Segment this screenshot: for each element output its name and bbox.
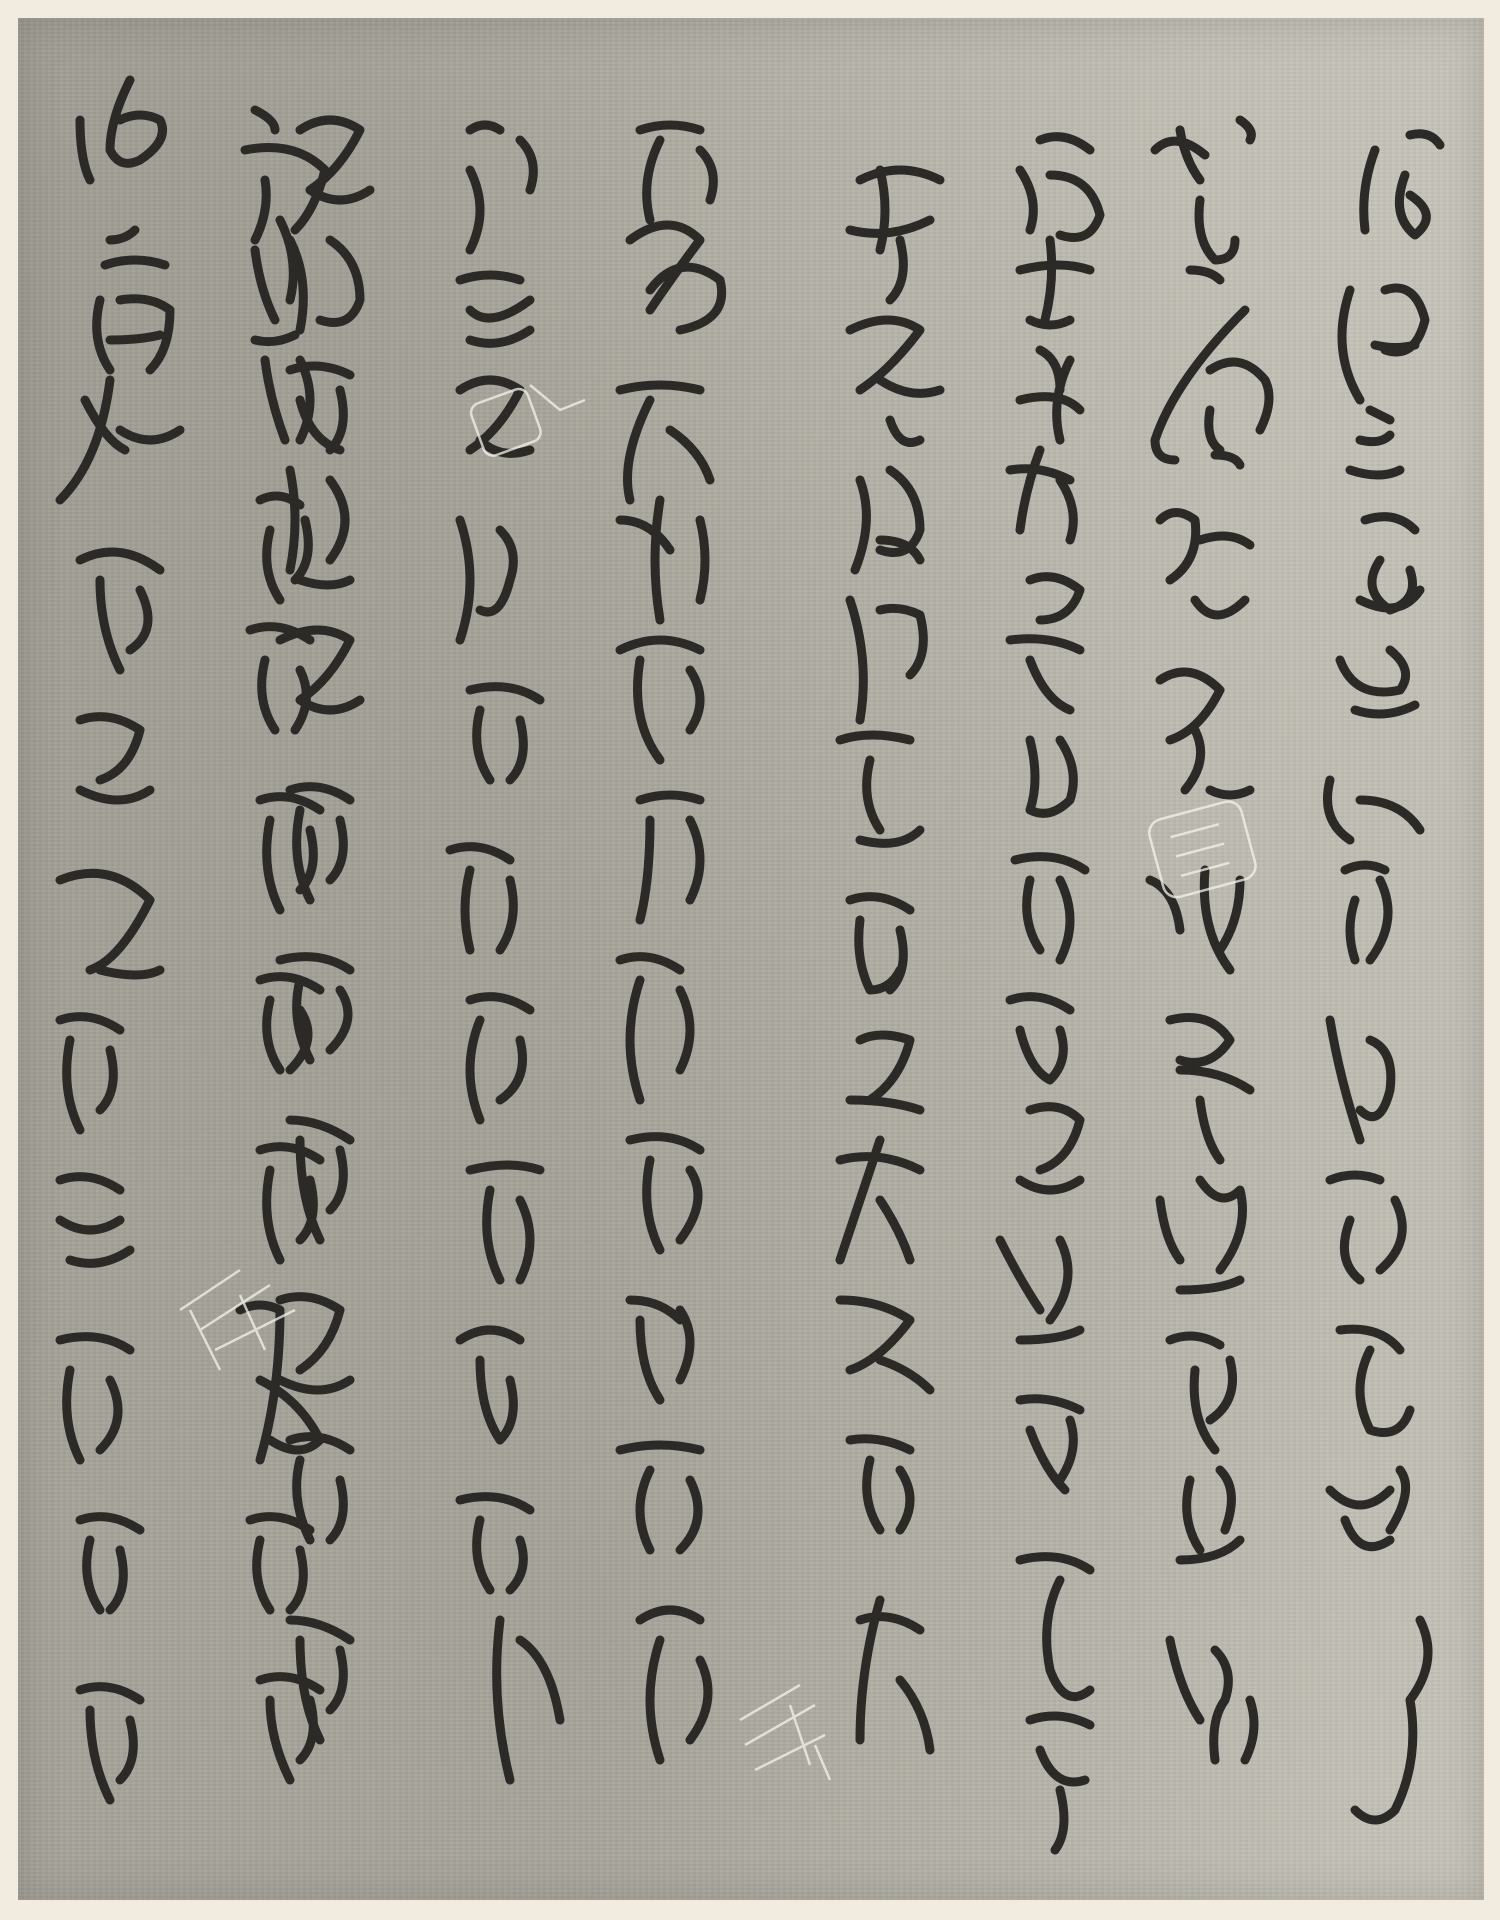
calligraphy-column-2 bbox=[1150, 120, 1269, 1760]
calligraphy-column-8 bbox=[240, 110, 325, 1780]
calligraphy-column-5 bbox=[620, 125, 722, 1760]
calligraphy-column-1 bbox=[1328, 134, 1441, 1820]
watermark-seal-4 bbox=[740, 1685, 830, 1780]
calligraphy-column-9 bbox=[60, 80, 180, 1800]
calligraphy-column-6 bbox=[450, 125, 560, 1780]
calligraphy-column-4 bbox=[840, 170, 940, 1750]
calligraphy-column-7 bbox=[280, 120, 370, 1740]
calligraphy-column-3 bbox=[1000, 137, 1100, 1850]
calligraphy-ink-layer bbox=[0, 0, 1500, 1920]
